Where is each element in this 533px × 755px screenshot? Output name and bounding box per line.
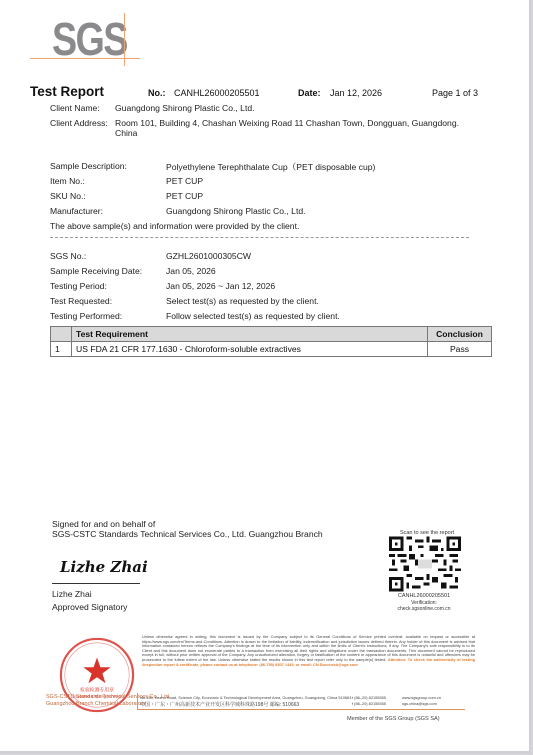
testing-field-value: Jan 05, 2026 [166, 266, 216, 276]
handwritten-signature: Lizhe Zhai [60, 558, 148, 576]
row-requirement: US FDA 21 CFR 177.1630 - Chloroform-solu… [72, 342, 428, 357]
sample-field-value: Polyethylene Terephthalate Cup（PET dispo… [166, 161, 375, 173]
row-number: 1 [51, 342, 72, 357]
logo-vertical-line [124, 13, 125, 66]
footer-address-cn: 中国・广东・广州高新技术产业开发区科学城科珠路198号 邮编: 510663 [140, 701, 299, 708]
sample-field-label: Manufacturer: [50, 206, 103, 216]
sample-field-value: PET CUP [166, 191, 203, 201]
testing-field-value: Follow selected test(s) as requested by … [166, 311, 340, 321]
report-no-label: No.: [148, 88, 166, 98]
footer-horizontal-line [137, 709, 465, 710]
sample-field-label: SKU No.: [50, 191, 86, 201]
client-name-value: Guangdong Shirong Plastic Co., Ltd. [115, 103, 255, 113]
date-label: Date: [298, 88, 321, 98]
signature-line [52, 583, 140, 584]
row-conclusion: Pass [428, 342, 492, 357]
col-header-no [51, 327, 72, 342]
testing-field-label: Testing Period: [50, 281, 107, 291]
footer-phone-2: f (86–20) 82155555 [352, 701, 386, 706]
table-header-row: Test Requirement Conclusion [51, 327, 492, 342]
signed-on-behalf: Signed for and on behalf of [52, 519, 155, 529]
footer-phone-1: t (86–20) 82155555 [352, 695, 386, 700]
footer-vertical-line [137, 693, 138, 709]
section-divider [50, 237, 469, 238]
sgs-group-membership: Member of the SGS Group (SGS SA) [347, 716, 440, 722]
report-title: Test Report [30, 84, 104, 99]
testing-field-label: Sample Receiving Date: [50, 266, 142, 276]
results-table: Test Requirement Conclusion 1 US FDA 21 … [50, 326, 492, 357]
qr-code-icon[interactable] [389, 536, 461, 592]
qr-report-id: CANHL26000205501 [381, 593, 467, 599]
page-number: Page 1 of 3 [432, 88, 478, 98]
col-header-conclusion: Conclusion [428, 327, 492, 342]
footer-address-en: No.198, Kezhu Road, Science City, Econom… [140, 695, 351, 700]
footer-email[interactable]: sgs.china@sgs.com [402, 701, 437, 706]
signatory-name: Lizhe Zhai [52, 589, 92, 599]
signing-company: SGS-CSTC Standards Technical Services Co… [52, 529, 323, 539]
legal-disclaimer: Unless otherwise agreed in writing, this… [142, 635, 475, 667]
signatory-role: Approved Signatory [52, 602, 127, 612]
testing-field-label: Test Requested: [50, 296, 112, 306]
col-header-requirement: Test Requirement [72, 327, 428, 342]
sample-field-label: Sample Description: [50, 161, 127, 171]
qr-verification-url[interactable]: check.sgsonline.com.cn [381, 606, 467, 612]
client-address-label: Client Address: [50, 118, 108, 128]
report-no-value: CANHL26000205501 [174, 88, 260, 98]
client-address-line2: China [115, 128, 137, 138]
client-address-line1: Room 101, Building 4, Chashan Weixing Ro… [115, 118, 459, 128]
sample-note: The above sample(s) and information were… [50, 221, 299, 231]
testing-field-value: Jan 05, 2026 ~ Jan 12, 2026 [166, 281, 275, 291]
report-page: SGS Test Report No.: CANHL26000205501 Da… [0, 0, 531, 753]
client-name-label: Client Name: [50, 103, 100, 113]
sample-field-value: PET CUP [166, 176, 203, 186]
stamp-branch-line: Guangzhou Branch Chemical Laboratory [46, 701, 146, 707]
date-value: Jan 12, 2026 [330, 88, 382, 98]
testing-field-value: Select test(s) as requested by the clien… [166, 296, 319, 306]
sgs-logo: SGS [52, 16, 127, 62]
table-row: 1 US FDA 21 CFR 177.1630 - Chloroform-so… [51, 342, 492, 357]
testing-field-label: SGS No.: [50, 251, 86, 261]
testing-field-label: Testing Performed: [50, 311, 122, 321]
sample-field-label: Item No.: [50, 176, 85, 186]
qr-verification: Verification: check.sgsonline.com.cn [381, 600, 467, 612]
svg-text:检验检测专用章: 检验检测专用章 [80, 687, 114, 694]
sample-field-value: Guangdong Shirong Plastic Co., Ltd. [166, 206, 306, 216]
footer-website[interactable]: www.sgsgroup.com.cn [402, 695, 441, 700]
testing-field-value: GZHL2601000305CW [166, 251, 251, 261]
